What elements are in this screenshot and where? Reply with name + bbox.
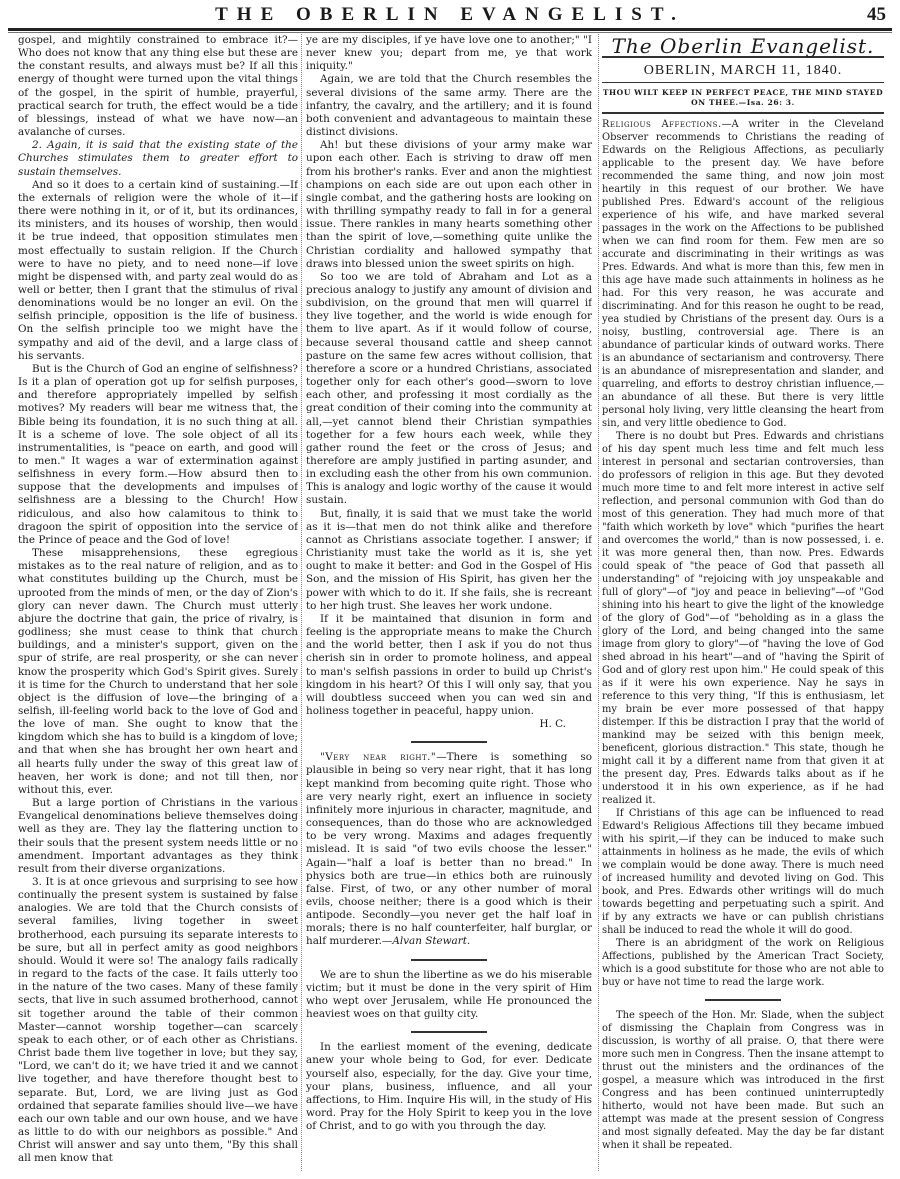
banner-rule: [602, 112, 884, 114]
paragraph: But a large portion of Christians in the…: [18, 797, 298, 876]
article-slade: The speech of the Hon. Mr. Slade, when t…: [602, 1009, 884, 1152]
column-2: ye are my disciples, if ye have love one…: [306, 34, 592, 1179]
newspaper-title: THE OBERLIN EVANGELIST.: [0, 4, 900, 26]
paragraph: And so it does to a certain kind of sust…: [18, 179, 298, 363]
article-heading: Religious Affections.: [602, 119, 722, 130]
dateline: OBERLIN, MARCH 11, 1840.: [602, 64, 884, 77]
article-heading: "Very near right.": [320, 751, 436, 763]
editorial-banner: The Oberlin Evangelist. OBERLIN, MARCH 1…: [602, 40, 884, 114]
section-rule: [411, 1031, 487, 1033]
paragraph: But, finally, it is said that we must ta…: [306, 508, 592, 613]
masthead-rule: [8, 28, 892, 31]
paragraph: These misapprehensions, these egregious …: [18, 547, 298, 797]
section-rule: [411, 959, 487, 961]
paragraph: 3. It is at once grievous and surprising…: [18, 876, 298, 1165]
paragraph: If Christians of this age can be influen…: [602, 807, 884, 937]
section-rule: [411, 741, 487, 743]
article-body: —A writer in the Cleveland Observer reco…: [602, 119, 884, 429]
article-very-near-right: "Very near right."—There is something so…: [306, 751, 592, 948]
paragraph: So too we are told of Abraham and Lot as…: [306, 271, 592, 508]
column-divider: [301, 34, 302, 1171]
section-rule: [705, 999, 781, 1001]
article-evening: In the earliest moment of the evening, d…: [306, 1041, 592, 1133]
author-signature: H. C.: [306, 718, 592, 731]
article-religious-affections: Religious Affections.—A writer in the Cl…: [602, 118, 884, 430]
column-1: gospel, and mightily constrained to embr…: [18, 34, 298, 1179]
paragraph: There is no doubt but Pres. Edwards and …: [602, 430, 884, 807]
article-body: —There is something so plausible in bein…: [306, 751, 592, 947]
paragraph: ye are my disciples, if ye have love one…: [306, 34, 592, 73]
newspaper-nameplate: The Oberlin Evangelist.: [602, 40, 884, 53]
article-libertine: We are to shun the libertine as we do hi…: [306, 969, 592, 1022]
article-attribution: —Alvan Stewart.: [382, 935, 470, 947]
paragraph: If it be maintained that disunion in for…: [306, 613, 592, 718]
masthead: THE OBERLIN EVANGELIST. 45: [0, 0, 900, 30]
paragraph: But is the Church of God an engine of se…: [18, 363, 298, 547]
paragraph: gospel, and mightily constrained to embr…: [18, 34, 298, 139]
paragraph: Again, we are told that the Church resem…: [306, 73, 592, 139]
paragraph: 2. Again, it is said that the existing s…: [18, 139, 298, 178]
page-number: 45: [867, 4, 886, 26]
paragraph: There is an abridgment of the work on Re…: [602, 937, 884, 989]
masthead-rule-thin: [8, 32, 892, 33]
banner-rule: [602, 82, 884, 83]
paragraph: Ah! but these divisions of your army mak…: [306, 139, 592, 271]
column-3: The Oberlin Evangelist. OBERLIN, MARCH 1…: [602, 34, 884, 1179]
motto: THOU WILT KEEP IN PERFECT PEACE, THE MIN…: [602, 88, 884, 108]
column-divider: [598, 34, 599, 1171]
